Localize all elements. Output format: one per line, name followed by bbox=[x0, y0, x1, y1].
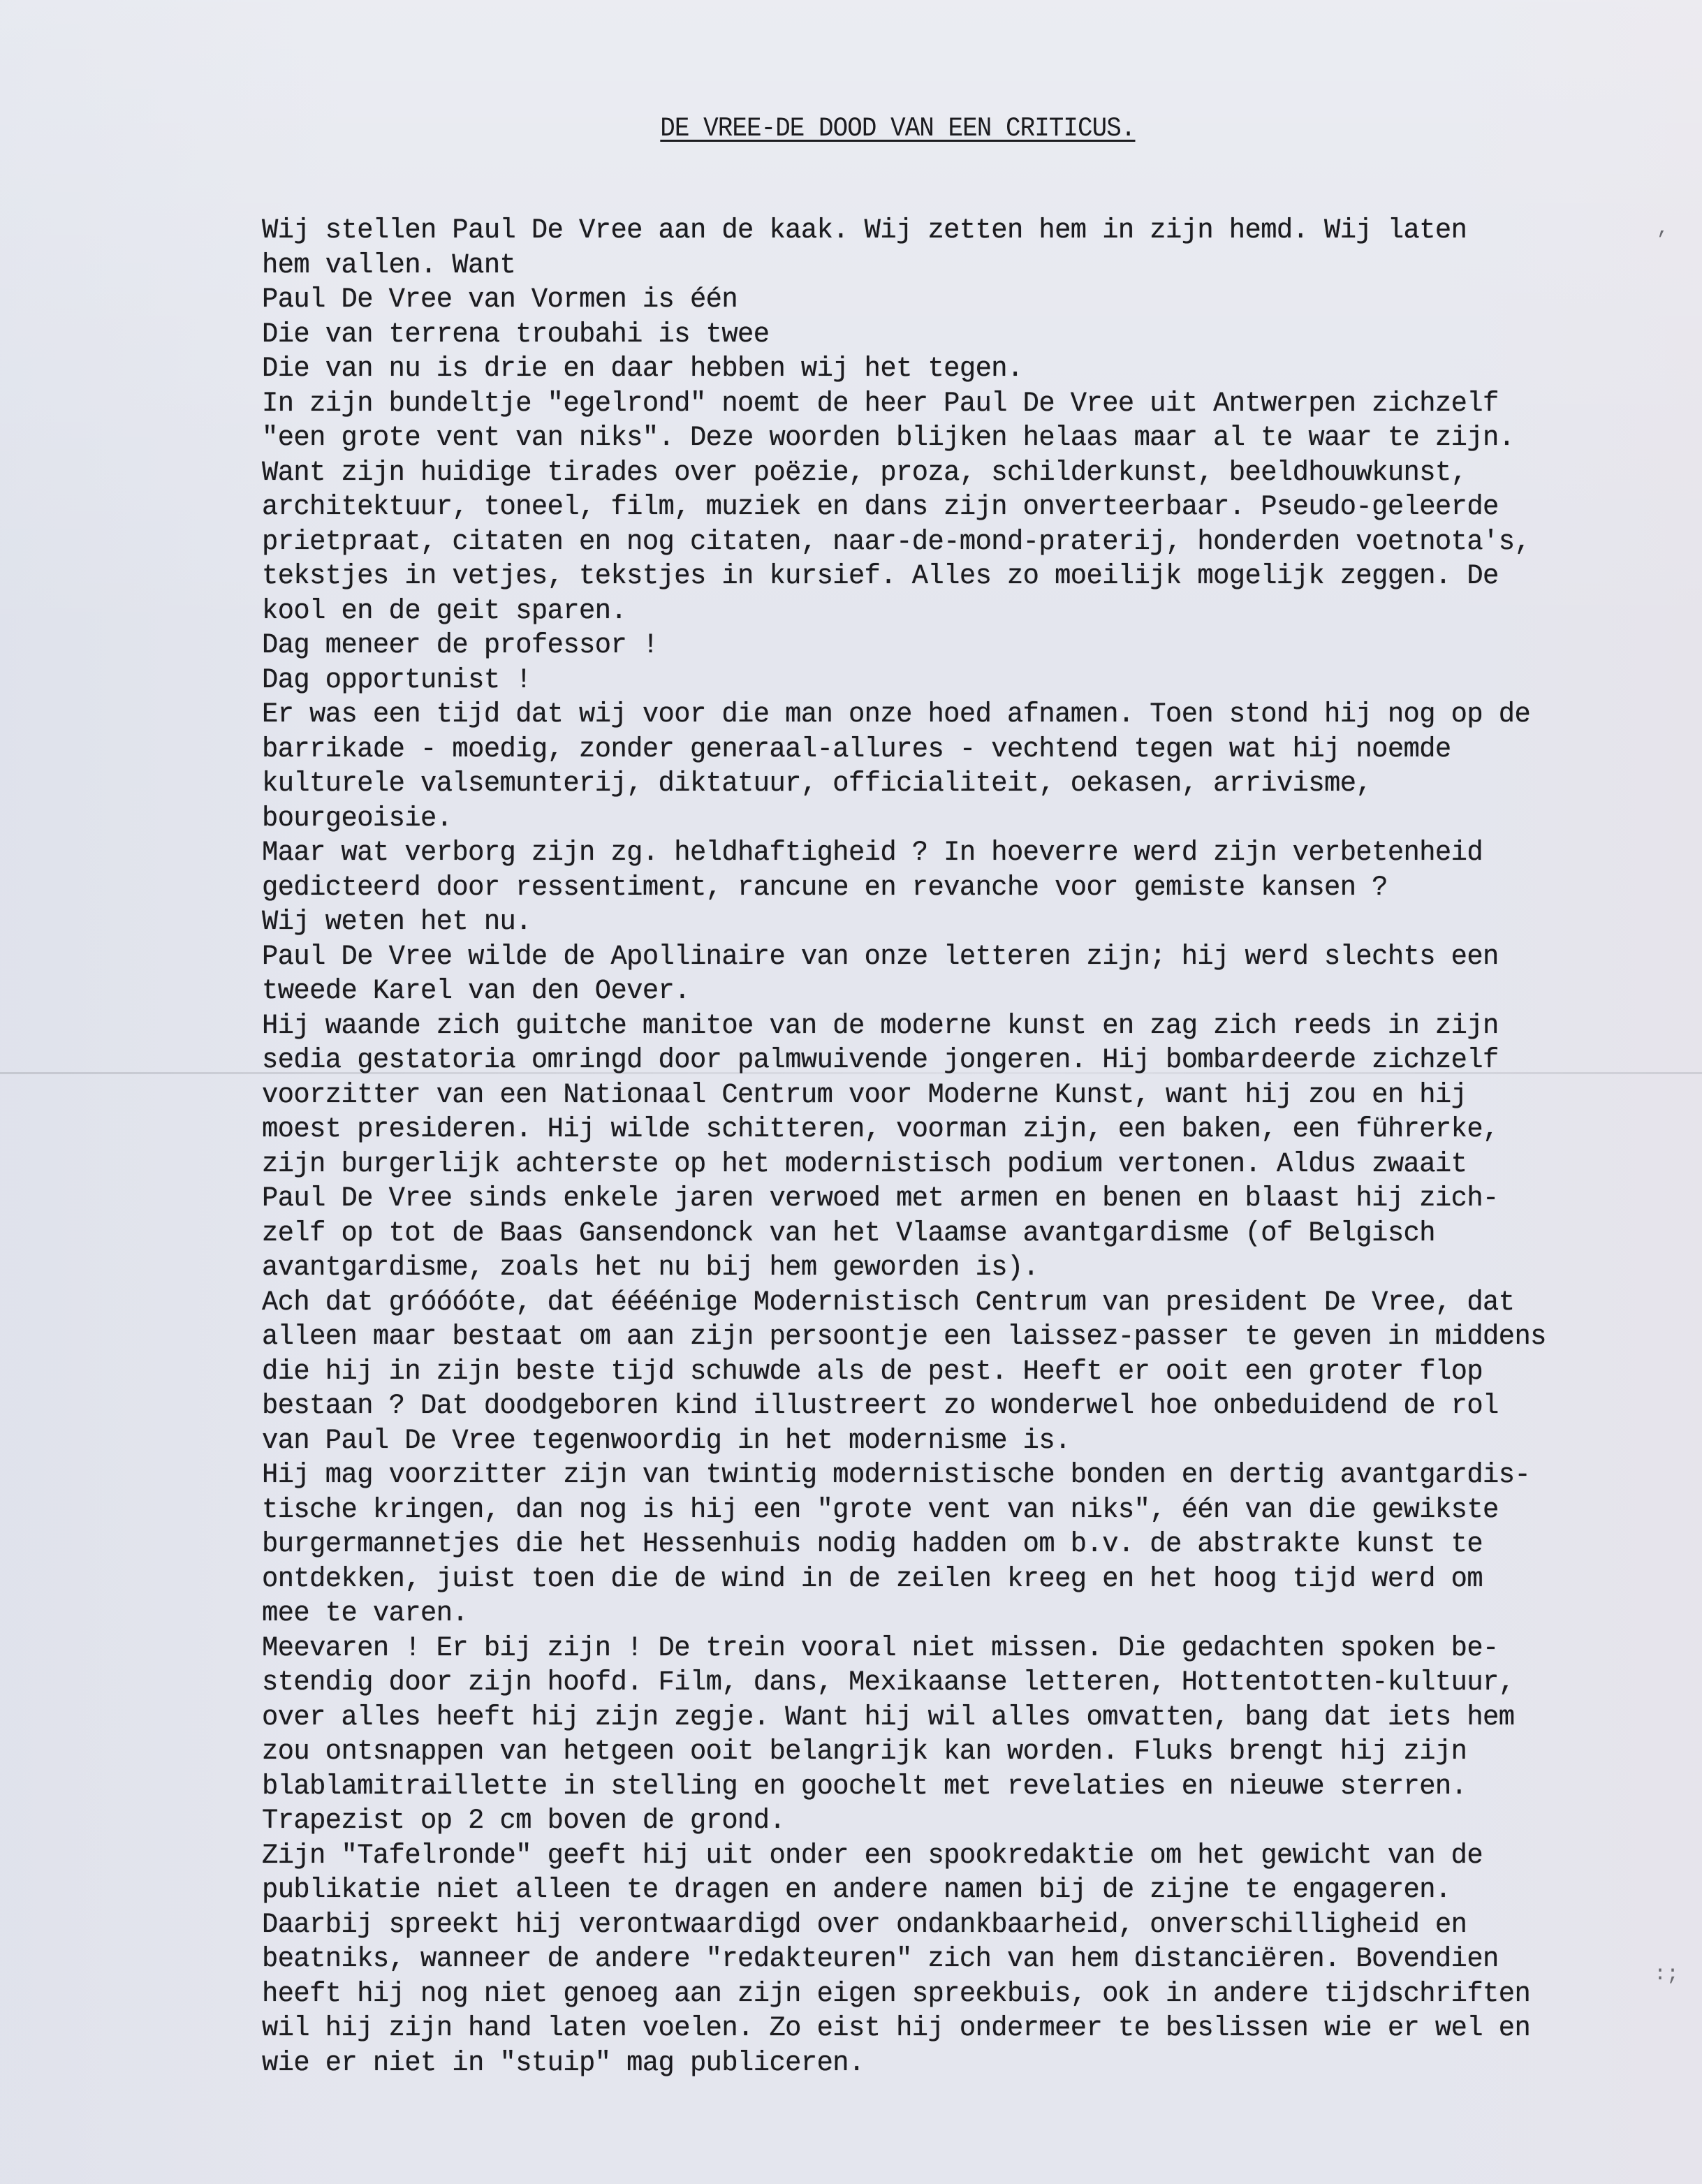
text-line: zelf op tot de Baas Gansendonck van het … bbox=[262, 1217, 1617, 1252]
text-line: prietpraat, citaten en nog citaten, naar… bbox=[262, 525, 1617, 560]
text-line: stendig door zijn hoofd. Film, dans, Mex… bbox=[262, 1666, 1617, 1701]
text-line: Wij stellen Paul De Vree aan de kaak. Wi… bbox=[262, 214, 1617, 249]
text-line: Wij weten het nu. bbox=[262, 905, 1617, 940]
document-title: DE VREE-DE DOOD VAN EEN CRITICUS. bbox=[72, 113, 1702, 144]
text-line: alleen maar bestaat om aan zijn persoont… bbox=[262, 1320, 1617, 1355]
text-line: In zijn bundeltje "egelrond" noemt de he… bbox=[262, 387, 1617, 422]
text-line: heeft hij nog niet genoeg aan zijn eigen… bbox=[262, 1977, 1617, 2012]
text-line: publikatie niet alleen te dragen en ande… bbox=[262, 1873, 1617, 1908]
text-line: van Paul De Vree tegenwoordig in het mod… bbox=[262, 1424, 1617, 1459]
text-line: bestaan ? Dat doodgeboren kind illustree… bbox=[262, 1389, 1617, 1424]
text-line: die hij in zijn beste tijd schuwde als d… bbox=[262, 1355, 1617, 1390]
text-line: Want zijn huidige tirades over poëzie, p… bbox=[262, 456, 1617, 491]
text-line: Er was een tijd dat wij voor die man onz… bbox=[262, 698, 1617, 733]
margin-mark-top-right: , bbox=[1657, 217, 1669, 240]
text-line: bourgeoisie. bbox=[262, 802, 1617, 837]
text-line: hem vallen. Want bbox=[262, 249, 1617, 284]
text-line: mee te varen. bbox=[262, 1597, 1617, 1632]
text-line: Die van terrena troubahi is twee bbox=[262, 318, 1617, 353]
text-line: sedia gestatoria omringd door palmwuiven… bbox=[262, 1043, 1617, 1078]
document-body: Wij stellen Paul De Vree aan de kaak. Wi… bbox=[262, 214, 1659, 2081]
text-line: gedicteerd door ressentiment, rancune en… bbox=[262, 871, 1617, 906]
text-line: Ach dat gróóóóte, dat éééénige Modernist… bbox=[262, 1286, 1617, 1321]
text-line: kulturele valsemunterij, diktatuur, offi… bbox=[262, 767, 1617, 802]
text-line: Hij waande zich guitche manitoe van de m… bbox=[262, 1009, 1617, 1044]
text-line: tische kringen, dan nog is hij een "grot… bbox=[262, 1493, 1617, 1528]
text-line: "een grote vent van niks". Deze woorden … bbox=[262, 421, 1617, 456]
text-line: Dag opportunist ! bbox=[262, 664, 1617, 698]
text-line: Die van nu is drie en daar hebben wij he… bbox=[262, 352, 1617, 387]
text-line: zou ontsnappen van hetgeen ooit belangri… bbox=[262, 1735, 1617, 1770]
text-line: Zijn "Tafelronde" geeft hij uit onder ee… bbox=[262, 1839, 1617, 1874]
margin-mark-bottom-right: :; bbox=[1654, 1963, 1679, 1986]
text-line: tweede Karel van den Oever. bbox=[262, 974, 1617, 1009]
text-line: blablamitraillette in stelling en gooche… bbox=[262, 1770, 1617, 1805]
text-line: avantgardisme, zoals het nu bij hem gewo… bbox=[262, 1251, 1617, 1286]
text-line: moest presideren. Hij wilde schitteren, … bbox=[262, 1113, 1617, 1148]
text-line: architektuur, toneel, film, muziek en da… bbox=[262, 490, 1617, 525]
text-line: kool en de geit sparen. bbox=[262, 594, 1617, 629]
text-line: zijn burgerlijk achterste op het moderni… bbox=[262, 1148, 1617, 1182]
text-line: Maar wat verborg zijn zg. heldhaftigheid… bbox=[262, 836, 1617, 871]
text-line: barrikade - moedig, zonder generaal-allu… bbox=[262, 733, 1617, 768]
text-line: over alles heeft hij zijn zegje. Want hi… bbox=[262, 1701, 1617, 1736]
text-line: ontdekken, juist toen die de wind in de … bbox=[262, 1562, 1617, 1597]
text-line: Hij mag voorzitter zijn van twintig mode… bbox=[262, 1458, 1617, 1493]
text-line: wil hij zijn hand laten voelen. Zo eist … bbox=[262, 2011, 1617, 2046]
text-line: burgermannetjes die het Hessenhuis nodig… bbox=[262, 1527, 1617, 1562]
text-line: Trapezist op 2 cm boven de grond. bbox=[262, 1804, 1617, 1839]
text-line: tekstjes in vetjes, tekstjes in kursief.… bbox=[262, 559, 1617, 594]
text-line: Paul De Vree van Vormen is één bbox=[262, 283, 1617, 318]
text-line: Meevaren ! Er bij zijn ! De trein vooral… bbox=[262, 1632, 1617, 1666]
text-line: Paul De Vree wilde de Apollinaire van on… bbox=[262, 940, 1617, 975]
text-line: Paul De Vree sinds enkele jaren verwoed … bbox=[262, 1182, 1617, 1217]
text-line: Dag meneer de professor ! bbox=[262, 629, 1617, 664]
text-line: Daarbij spreekt hij verontwaardigd over … bbox=[262, 1908, 1617, 1943]
text-line: beatniks, wanneer de andere "redakteuren… bbox=[262, 1942, 1617, 1977]
text-line: wie er niet in "stuip" mag publiceren. bbox=[262, 2046, 1617, 2081]
text-line: voorzitter van een Nationaal Centrum voo… bbox=[262, 1078, 1617, 1113]
